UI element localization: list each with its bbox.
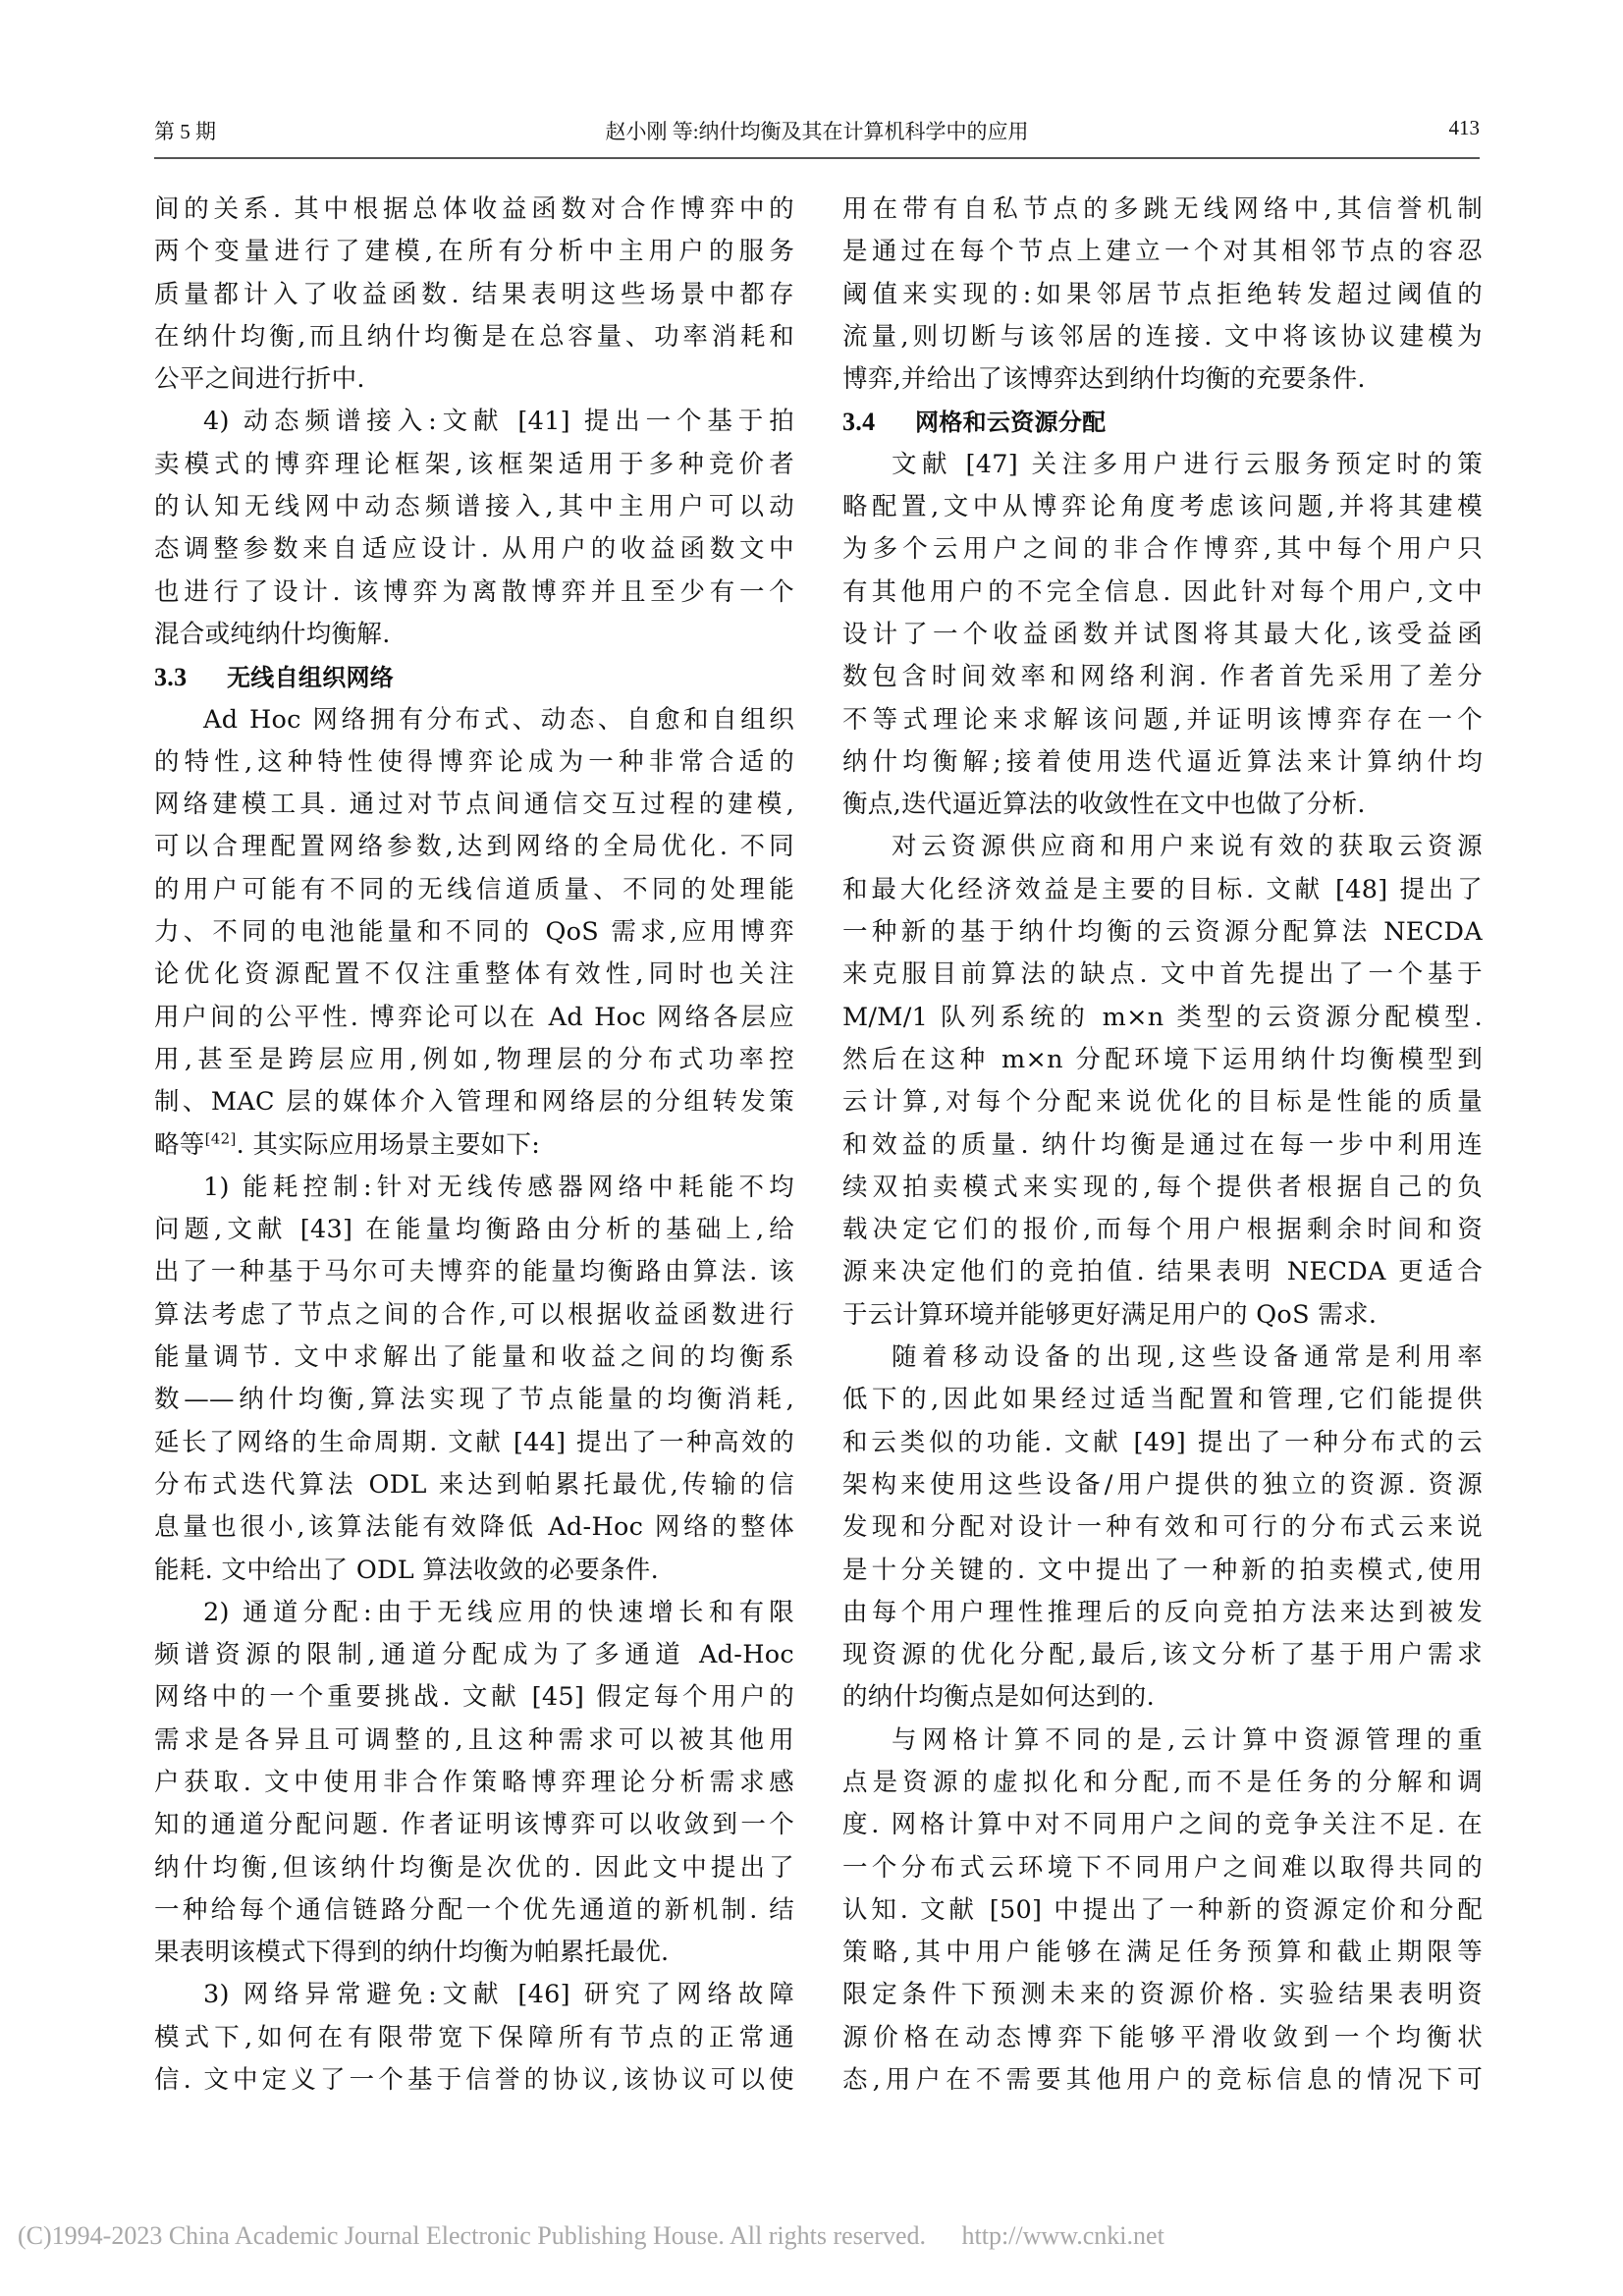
text-line: 数——纳什均衡,算法实现了节点能量的均衡消耗, [154,1379,794,1421]
right-column: 用在带有自私节点的多跳无线网络中,其信誉机制是通过在每个节点上建立一个对其相邻节… [842,189,1483,2102]
text-line: 息量也很小,该算法能有效降低 Ad-Hoc 网络的整体 [154,1506,794,1549]
line-text: 度. 网格计算中对不同用户之间的竞争关注不足. 在 [842,1810,1483,1839]
text-line: 频谱资源的限制,通道分配成为了多通道 Ad-Hoc [154,1634,794,1676]
text-line: 信. 文中定义了一个基于信誉的协议,该协议可以使 [154,2059,794,2102]
text-line: 纳什均衡解;接着使用迭代逼近算法来计算纳什均 [842,741,1483,784]
line-text: 无线自组织网络 [227,664,394,691]
line-text: 文献 [47] 关注多用户进行云服务预定时的策 [892,450,1483,479]
text-line: 设计了一个收益函数并试图将其最大化,该受益函 [842,614,1483,656]
line-text: 两个变量进行了建模,在所有分析中主用户的服务 [154,237,794,266]
text-line: 低下的,因此如果经过适当配置和管理,它们能提供 [842,1379,1483,1421]
text-line: 点是资源的虚拟化和分配,而不是任务的分解和调 [842,1762,1483,1804]
line-text: 数包含时间效率和网络利润. 作者首先采用了差分 [842,662,1483,691]
line-text: 策略,其中用户能够在满足任务预算和截止期限等 [842,1938,1483,1967]
line-text: 力、不同的电池能量和不同的 QoS 需求,应用博弈 [154,917,794,947]
line-text: 公平之间进行折中. [154,364,365,394]
text-line: 分布式迭代算法 ODL 来达到帕累托最优,传输的信 [154,1464,794,1506]
line-text: 息量也很小,该算法能有效降低 Ad-Hoc 网络的整体 [154,1512,794,1542]
text-line: 制、MAC 层的媒体介入管理和网络层的分组转发策 [154,1081,794,1123]
line-text: 续双拍卖模式来实现的,每个提供者根据自己的负 [842,1173,1483,1202]
line-text: 论优化资源配置不仅注重整体有效性,同时也关注 [154,959,794,989]
text-line: 1) 能耗控制:针对无线传感器网络中耗能不均 [154,1167,794,1209]
line-text: 用,甚至是跨层应用,例如,物理层的分布式功率控 [154,1045,794,1074]
line-text: 是通过在每个节点上建立一个对其相邻节点的容忍 [842,237,1483,266]
running-title: 赵小刚 等:纳什均衡及其在计算机科学中的应用 [154,116,1480,145]
text-line: 的纳什均衡点是如何达到的. [842,1676,1483,1719]
text-line: 衡点,迭代逼近算法的收敛性在文中也做了分析. [842,784,1483,826]
running-header: 第 5 期 赵小刚 等:纳什均衡及其在计算机科学中的应用 413 [154,116,1480,147]
line-text: 4) 动态频谱接入:文献 [41] 提出一个基于拍 [203,407,794,436]
line-text: 的认知无线网中动态频谱接入,其中主用户可以动 [154,492,794,521]
line-text: 模式下,如何在有限带宽下保障所有节点的正常通 [154,2023,794,2052]
text-line: 出了一种基于马尔可夫博弈的能量均衡路由算法. 该 [154,1251,794,1293]
line-text: 不等式理论来求解该问题,并证明该博弈存在一个 [842,705,1483,735]
line-text: 纳什均衡解;接着使用迭代逼近算法来计算纳什均 [842,747,1483,777]
text-line: 公平之间进行折中. [154,358,794,401]
section-number: 3.4 [842,401,915,443]
line-text: 也进行了设计. 该博弈为离散博弈并且至少有一个 [154,577,794,607]
text-line: 2) 通道分配:由于无线应用的快速增长和有限 [154,1592,794,1634]
line-text: 云计算,对每个分配来说优化的目标是性能的质量 [842,1087,1483,1117]
line-text: 混合或纯纳什均衡解. [154,620,391,649]
line-text: 对云资源供应商和用户来说有效的获取云资源 [892,832,1483,861]
text-line: 发现和分配对设计一种有效和可行的分布式云来说 [842,1506,1483,1549]
text-line: 用户间的公平性. 博弈论可以在 Ad Hoc 网络各层应 [154,997,794,1039]
line-text: 认知. 文献 [50] 中提出了一种新的资源定价和分配 [842,1895,1483,1925]
line-text: 用在带有自私节点的多跳无线网络中,其信誉机制 [842,194,1483,224]
line-text: M/M/1 队列系统的 m×n 类型的云资源分配模型. [842,1003,1483,1032]
line-text: 质量都计入了收益函数. 结果表明这些场景中都存 [154,280,794,309]
text-line: 不等式理论来求解该问题,并证明该博弈存在一个 [842,699,1483,741]
line-text: Ad Hoc 网络拥有分布式、动态、自愈和自组织 [203,705,794,735]
line-text: 数——纳什均衡,算法实现了节点能量的均衡消耗, [154,1385,794,1414]
text-line: 卖模式的博弈理论框架,该框架适用于多种竞价者 [154,444,794,486]
line-text: 来克服目前算法的缺点. 文中首先提出了一个基于 [842,959,1483,989]
text-line: 略等[42]. 其实际应用场景主要如下: [154,1124,794,1167]
text-line: 是通过在每个节点上建立一个对其相邻节点的容忍 [842,231,1483,273]
text-line: 数包含时间效率和网络利润. 作者首先采用了差分 [842,656,1483,698]
line-text: 态调整参数来自适应设计. 从用户的收益函数文中 [154,534,794,564]
line-text: 态,用户在不需要其他用户的竞标信息的情况下可 [842,2065,1483,2095]
line-text: 流量,则切断与该邻居的连接. 文中将该协议建模为 [842,322,1483,352]
text-line: 用,甚至是跨层应用,例如,物理层的分布式功率控 [154,1039,794,1081]
line-text: 架构来使用这些设备/用户提供的独立的资源. 资源 [842,1470,1483,1500]
line-text: 由每个用户理性推理后的反向竞拍方法来达到被发 [842,1598,1483,1627]
text-line: 质量都计入了收益函数. 结果表明这些场景中都存 [154,274,794,316]
line-text: 知的通道分配问题. 作者证明该博弈可以收敛到一个 [154,1810,794,1839]
line-text: 略等 [154,1130,205,1160]
line-text: 出了一种基于马尔可夫博弈的能量均衡路由算法. 该 [154,1257,794,1286]
line-text: 博弈,并给出了该博弈达到纳什均衡的充要条件. [842,364,1366,394]
line-text: 衡点,迭代逼近算法的收敛性在文中也做了分析. [842,790,1366,819]
line-text: 2) 通道分配:由于无线应用的快速增长和有限 [203,1598,794,1627]
text-line: 源来决定他们的竞拍值. 结果表明 NECDA 更适合 [842,1251,1483,1293]
line-text: 的用户可能有不同的无线信道质量、不同的处理能 [154,875,794,904]
line-text: 阈值来实现的:如果邻居节点拒绝转发超过阈值的 [842,280,1483,309]
line-text: 点是资源的虚拟化和分配,而不是任务的分解和调 [842,1768,1483,1797]
line-text: 一种新的基于纳什均衡的云资源分配算法 NECDA [842,917,1483,947]
text-line: 和云类似的功能. 文献 [49] 提出了一种分布式的云 [842,1422,1483,1464]
text-line: 间的关系. 其中根据总体收益函数对合作博弈中的 [154,189,794,231]
text-line: 态,用户在不需要其他用户的竞标信息的情况下可 [842,2059,1483,2102]
line-text: 略配置,文中从博弈论角度考虑该问题,并将其建模 [842,492,1483,521]
text-line: 论优化资源配置不仅注重整体有效性,同时也关注 [154,954,794,996]
line-text-continued: . 其实际应用场景主要如下: [237,1130,541,1160]
header-rule [154,157,1480,159]
text-line: 网络建模工具. 通过对节点间通信交互过程的建模, [154,784,794,826]
line-text: 载决定它们的报价,而每个用户根据剩余时间和资 [842,1215,1483,1244]
text-line: 然后在这种 m×n 分配环境下运用纳什均衡模型到 [842,1039,1483,1081]
line-text: 问题,文献 [43] 在能量均衡路由分析的基础上,给 [154,1215,794,1244]
line-text: 的特性,这种特性使得博弈论成为一种非常合适的 [154,747,794,777]
text-line: 度. 网格计算中对不同用户之间的竞争关注不足. 在 [842,1804,1483,1846]
line-text: 在纳什均衡,而且纳什均衡是在总容量、功率消耗和 [154,322,794,352]
text-line: 阈值来实现的:如果邻居节点拒绝转发超过阈值的 [842,274,1483,316]
line-text: 频谱资源的限制,通道分配成为了多通道 Ad-Hoc [154,1640,794,1669]
line-text: 为多个云用户之间的非合作博弈,其中每个用户只 [842,534,1483,564]
line-text: 可以合理配置网络参数,达到网络的全局优化. 不同 [154,832,794,861]
citation-superscript: [42] [205,1129,237,1147]
line-text: 于云计算环境并能够更好满足用户的 QoS 需求. [842,1300,1377,1330]
text-line: 一种给每个通信链路分配一个优先通道的新机制. 结 [154,1889,794,1932]
line-text: 随着移动设备的出现,这些设备通常是利用率 [892,1342,1483,1372]
line-text: 能耗. 文中给出了 ODL 算法收敛的必要条件. [154,1556,659,1585]
line-text: 延长了网络的生命周期. 文献 [44] 提出了一种高效的 [154,1428,794,1457]
line-text: 果表明该模式下得到的纳什均衡为帕累托最优. [154,1938,669,1967]
text-line: 现资源的优化分配,最后,该文分析了基于用户需求 [842,1634,1483,1676]
line-text: 信. 文中定义了一个基于信誉的协议,该协议可以使 [154,2065,794,2095]
text-line: 混合或纯纳什均衡解. [154,614,794,656]
text-line: 纳什均衡,但该纳什均衡是次优的. 因此文中提出了 [154,1847,794,1889]
text-line: 略配置,文中从博弈论角度考虑该问题,并将其建模 [842,486,1483,528]
text-line: 于云计算环境并能够更好满足用户的 QoS 需求. [842,1294,1483,1337]
line-text: 设计了一个收益函数并试图将其最大化,该受益函 [842,620,1483,649]
text-line: 需求是各异且可调整的,且这种需求可以被其他用 [154,1720,794,1762]
line-text: 网格和云资源分配 [915,409,1106,436]
line-text: 是十分关键的. 文中提出了一种新的拍卖模式,使用 [842,1556,1483,1585]
line-text: 能量调节. 文中求解出了能量和收益之间的均衡系 [154,1342,794,1372]
text-line: 的用户可能有不同的无线信道质量、不同的处理能 [154,869,794,911]
text-line: 文献 [47] 关注多用户进行云服务预定时的策 [842,444,1483,486]
text-line: 随着移动设备的出现,这些设备通常是利用率 [842,1337,1483,1379]
line-text: 和最大化经济效益是主要的目标. 文献 [48] 提出了 [842,875,1483,904]
text-line: 限定条件下预测未来的资源价格. 实验结果表明资 [842,1974,1483,2016]
text-line: 云计算,对每个分配来说优化的目标是性能的质量 [842,1081,1483,1123]
line-text: 和效益的质量. 纳什均衡是通过在每一步中利用连 [842,1130,1483,1160]
text-line: 对云资源供应商和用户来说有效的获取云资源 [842,826,1483,868]
text-line: 载决定它们的报价,而每个用户根据剩余时间和资 [842,1209,1483,1251]
text-line: 模式下,如何在有限带宽下保障所有节点的正常通 [154,2017,794,2059]
line-text: 一个分布式云环境下不同用户之间难以取得共同的 [842,1853,1483,1883]
line-text: 限定条件下预测未来的资源价格. 实验结果表明资 [842,1980,1483,2009]
line-text: 3) 网络异常避免:文献 [46] 研究了网络故障 [203,1980,794,2009]
text-line: 态调整参数来自适应设计. 从用户的收益函数文中 [154,528,794,571]
line-text: 源来决定他们的竞拍值. 结果表明 NECDA 更适合 [842,1257,1483,1286]
line-text: 现资源的优化分配,最后,该文分析了基于用户需求 [842,1640,1483,1669]
text-line: 问题,文献 [43] 在能量均衡路由分析的基础上,给 [154,1209,794,1251]
text-line: 也进行了设计. 该博弈为离散博弈并且至少有一个 [154,572,794,614]
line-text: 与网格计算不同的是,云计算中资源管理的重 [892,1725,1483,1755]
line-text: 网络建模工具. 通过对节点间通信交互过程的建模, [154,790,794,819]
line-text: 然后在这种 m×n 分配环境下运用纳什均衡模型到 [842,1045,1483,1074]
section-number: 3.3 [154,656,227,698]
text-line: 为多个云用户之间的非合作博弈,其中每个用户只 [842,528,1483,571]
text-line: 博弈,并给出了该博弈达到纳什均衡的充要条件. [842,358,1483,401]
line-text: 的纳什均衡点是如何达到的. [842,1682,1155,1712]
text-line: 和效益的质量. 纳什均衡是通过在每一步中利用连 [842,1124,1483,1167]
text-line: 能量调节. 文中求解出了能量和收益之间的均衡系 [154,1337,794,1379]
text-line: 用在带有自私节点的多跳无线网络中,其信誉机制 [842,189,1483,231]
text-line: 户获取. 文中使用非合作策略博弈理论分析需求感 [154,1762,794,1804]
text-line: 策略,其中用户能够在满足任务预算和截止期限等 [842,1932,1483,1974]
section-heading: 3.4网格和云资源分配 [842,401,1483,443]
line-text: 和云类似的功能. 文献 [49] 提出了一种分布式的云 [842,1428,1483,1457]
text-line: 源价格在动态博弈下能够平滑收敛到一个均衡状 [842,2017,1483,2059]
text-line: Ad Hoc 网络拥有分布式、动态、自愈和自组织 [154,699,794,741]
page-number: 413 [1449,116,1481,140]
text-line: 一个分布式云环境下不同用户之间难以取得共同的 [842,1847,1483,1889]
copyright-footer: (C)1994-2023 China Academic Journal Elec… [18,2221,1164,2251]
text-line: 认知. 文献 [50] 中提出了一种新的资源定价和分配 [842,1889,1483,1932]
line-text: 1) 能耗控制:针对无线传感器网络中耗能不均 [203,1173,794,1202]
text-line: 流量,则切断与该邻居的连接. 文中将该协议建模为 [842,316,1483,358]
text-line: 和最大化经济效益是主要的目标. 文献 [48] 提出了 [842,869,1483,911]
line-text: 低下的,因此如果经过适当配置和管理,它们能提供 [842,1385,1483,1414]
line-text: 有其他用户的不完全信息. 因此针对每个用户,文中 [842,577,1483,607]
text-line: 知的通道分配问题. 作者证明该博弈可以收敛到一个 [154,1804,794,1846]
text-line: 续双拍卖模式来实现的,每个提供者根据自己的负 [842,1167,1483,1209]
text-line: 有其他用户的不完全信息. 因此针对每个用户,文中 [842,572,1483,614]
line-text: 一种给每个通信链路分配一个优先通道的新机制. 结 [154,1895,794,1925]
text-line: 一种新的基于纳什均衡的云资源分配算法 NECDA [842,911,1483,954]
text-line: 与网格计算不同的是,云计算中资源管理的重 [842,1720,1483,1762]
text-line: 两个变量进行了建模,在所有分析中主用户的服务 [154,231,794,273]
line-text: 卖模式的博弈理论框架,该框架适用于多种竞价者 [154,450,794,479]
line-text: 源价格在动态博弈下能够平滑收敛到一个均衡状 [842,2023,1483,2052]
line-text: 算法考虑了节点之间的合作,可以根据收益函数进行 [154,1300,794,1330]
text-line: 4) 动态频谱接入:文献 [41] 提出一个基于拍 [154,401,794,443]
line-text: 纳什均衡,但该纳什均衡是次优的. 因此文中提出了 [154,1853,794,1883]
text-line: 力、不同的电池能量和不同的 QoS 需求,应用博弈 [154,911,794,954]
line-text: 户获取. 文中使用非合作策略博弈理论分析需求感 [154,1768,794,1797]
text-line: 是十分关键的. 文中提出了一种新的拍卖模式,使用 [842,1550,1483,1592]
text-line: 算法考虑了节点之间的合作,可以根据收益函数进行 [154,1294,794,1337]
section-heading: 3.3无线自组织网络 [154,656,794,698]
left-column: 间的关系. 其中根据总体收益函数对合作博弈中的两个变量进行了建模,在所有分析中主… [154,189,794,2102]
copyright-text: (C)1994-2023 China Academic Journal Elec… [18,2221,926,2250]
text-line: 架构来使用这些设备/用户提供的独立的资源. 资源 [842,1464,1483,1506]
line-text: 需求是各异且可调整的,且这种需求可以被其他用 [154,1725,794,1755]
text-line: 由每个用户理性推理后的反向竞拍方法来达到被发 [842,1592,1483,1634]
text-line: 的特性,这种特性使得博弈论成为一种非常合适的 [154,741,794,784]
text-line: 果表明该模式下得到的纳什均衡为帕累托最优. [154,1932,794,1974]
text-line: 延长了网络的生命周期. 文献 [44] 提出了一种高效的 [154,1422,794,1464]
line-text: 网络中的一个重要挑战. 文献 [45] 假定每个用户的 [154,1682,794,1712]
text-line: 可以合理配置网络参数,达到网络的全局优化. 不同 [154,826,794,868]
line-text: 间的关系. 其中根据总体收益函数对合作博弈中的 [154,194,794,224]
line-text: 发现和分配对设计一种有效和可行的分布式云来说 [842,1512,1483,1542]
line-text: 制、MAC 层的媒体介入管理和网络层的分组转发策 [154,1087,794,1117]
text-line: 网络中的一个重要挑战. 文献 [45] 假定每个用户的 [154,1676,794,1719]
text-line: 在纳什均衡,而且纳什均衡是在总容量、功率消耗和 [154,316,794,358]
text-line: 能耗. 文中给出了 ODL 算法收敛的必要条件. [154,1550,794,1592]
footer-url: http://www.cnki.net [962,2221,1164,2250]
line-text: 分布式迭代算法 ODL 来达到帕累托最优,传输的信 [154,1470,794,1500]
text-line: 来克服目前算法的缺点. 文中首先提出了一个基于 [842,954,1483,996]
line-text: 用户间的公平性. 博弈论可以在 Ad Hoc 网络各层应 [154,1003,794,1032]
text-line: M/M/1 队列系统的 m×n 类型的云资源分配模型. [842,997,1483,1039]
text-line: 的认知无线网中动态频谱接入,其中主用户可以动 [154,486,794,528]
text-line: 3) 网络异常避免:文献 [46] 研究了网络故障 [154,1974,794,2016]
